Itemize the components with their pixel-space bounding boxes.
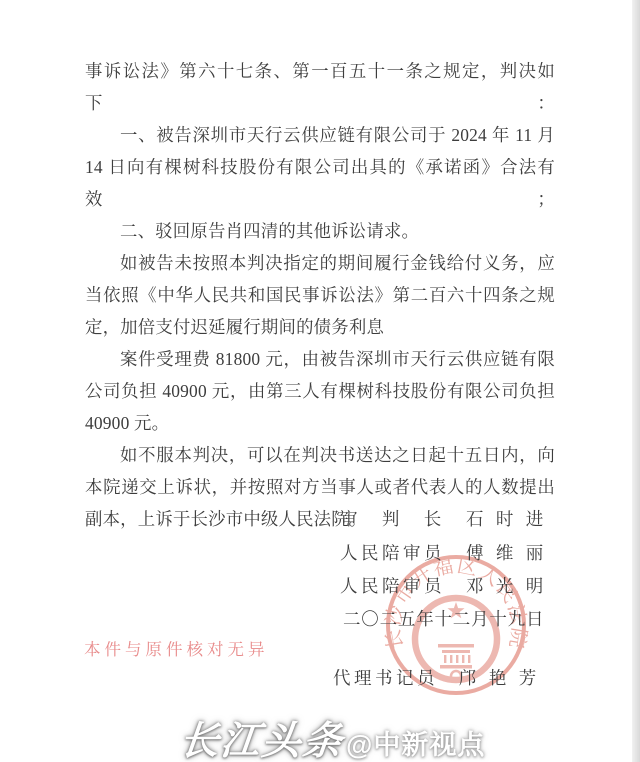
body-line: 如被告未按照本判决指定的期间履行金钱给付义务，应 xyxy=(85,247,555,279)
watermark-calligraphy: 长江头条 xyxy=(177,710,347,762)
body-line: 一、被告深圳市天行云供应链有限公司于 2024 年 11 月 xyxy=(85,119,555,151)
body-line: 14 日向有棵树科技股份有限公司出具的《承诺函》合法有效； xyxy=(85,151,555,215)
body-line: 如不服本判决，可以在判决书送达之日起十五日内，向 xyxy=(85,439,555,471)
signature-role: 代理书记员 xyxy=(333,668,445,688)
signature-name: 石 时 进 xyxy=(466,509,543,529)
judgment-body: 事诉讼法》第六十七条、第一百五十一条之规定，判决如下： 一、被告深圳市天行云供应… xyxy=(85,55,555,535)
watermark-handle: @中新视点 xyxy=(346,723,485,762)
body-line: 事诉讼法》第六十七条、第一百五十一条之规定，判决如下： xyxy=(85,55,555,119)
signature-row-juror-2: 人民陪审员 邓 光 明 xyxy=(340,576,555,596)
judgment-date: 二〇二五年十二月十九日 xyxy=(343,606,544,631)
signature-role: 人民陪审员 xyxy=(340,576,452,596)
signature-name: 傅 维 丽 xyxy=(466,543,543,563)
body-line: 二、驳回原告肖四清的其他诉讼请求。 xyxy=(85,215,555,247)
scanned-court-judgment-page: 长沙市开福区人民法院 事诉讼法》第六十七条、第一百五十一条之规定，判决如下： 一… xyxy=(0,0,640,762)
scan-edge-shadow xyxy=(632,0,640,762)
signature-role: 审 判 长 xyxy=(340,509,452,529)
body-line: 40900 元。 xyxy=(85,407,555,439)
signature-row-juror-1: 人民陪审员 傅 维 丽 xyxy=(340,543,555,563)
signature-row-presiding-judge: 审 判 长 石 时 进 xyxy=(340,509,555,529)
body-line: 公司负担 40900 元，由第三人有棵树科技股份有限公司负担 xyxy=(85,375,555,407)
body-line: 案件受理费 81800 元，由被告深圳市天行云供应链有限 xyxy=(85,343,555,375)
signature-name: 邓 光 明 xyxy=(466,576,543,596)
news-watermark: 长江头条 @中新视点 xyxy=(180,710,490,762)
body-line: 当依照《中华人民共和国民事诉讼法》第二百六十四条之规 xyxy=(85,279,555,311)
body-line: 本院递交上诉状，并按照对方当事人或者代表人的人数提出 xyxy=(85,471,555,503)
signature-row-clerk: 代理书记员 邝 艳 芳 xyxy=(333,668,548,688)
body-line: 定，加倍支付迟延履行期间的债务利息 xyxy=(85,311,555,343)
signature-name: 邝 艳 芳 xyxy=(459,668,536,688)
verification-note: 本件与原件核对无异 xyxy=(84,636,269,660)
signature-role: 人民陪审员 xyxy=(340,543,452,563)
